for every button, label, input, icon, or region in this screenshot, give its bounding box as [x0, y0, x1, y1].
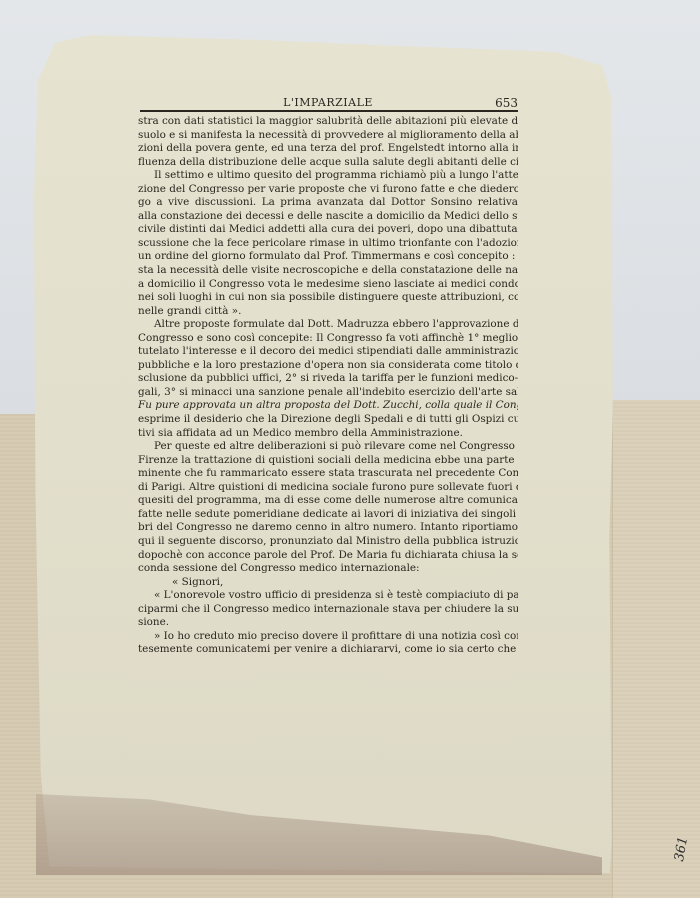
- text-line: ciparmi che il Congresso medico internaz…: [138, 603, 518, 617]
- text-line: Il settimo e ultimo quesito del programm…: [138, 169, 518, 183]
- text-line: tesemente comunicatemi per venire a dich…: [138, 643, 518, 657]
- text-line: Congresso e sono così concepite: Il Cong…: [138, 332, 518, 346]
- text-line: tivi sia affidata ad un Medico membro de…: [138, 427, 518, 441]
- text-line: Per queste ed altre deliberazioni si può…: [138, 440, 518, 454]
- text-line: fluenza della distribuzione delle acque …: [138, 156, 518, 170]
- text-line: tutelato l'interesse e il decoro dei med…: [138, 345, 518, 359]
- text-line: gali, 3° si minacci una sanzione penale …: [138, 386, 518, 400]
- text-line: « L'onorevole vostro ufficio di presiden…: [138, 589, 518, 603]
- text-line: scussione che la fece pericolare rimase …: [138, 237, 518, 251]
- text-line: zione del Congresso per varie proposte c…: [138, 183, 518, 197]
- text-line: nei soli luoghi in cui non sia possibile…: [138, 291, 518, 305]
- text-line: minente che fu rammaricato essere stata …: [138, 467, 518, 481]
- text-line: quesiti del programma, ma di esse come d…: [138, 494, 518, 508]
- text-line: conda sessione del Congresso medico inte…: [138, 562, 518, 576]
- text-line: pubbliche e la loro prestazione d'opera …: [138, 359, 518, 373]
- text-line: dopochè con acconce parole del Prof. De …: [138, 549, 518, 563]
- header-rule: [140, 110, 518, 112]
- text-line: bri del Congresso ne daremo cenno in alt…: [138, 521, 518, 535]
- page-number: 653: [495, 96, 518, 110]
- text-line: Altre proposte formulate dal Dott. Madru…: [138, 318, 518, 332]
- cardboard-edge: [612, 400, 700, 898]
- text-line: sclusione da pubblici uffici, 2° si rive…: [138, 372, 518, 386]
- running-head: L'IMPARZIALE: [138, 96, 518, 109]
- text-line: civile distinti dai Medici addetti alla …: [138, 223, 518, 237]
- text-line: « Signori,: [138, 576, 518, 590]
- text-line: suolo e si manifesta la necessità di pro…: [138, 129, 518, 143]
- text-line: Fu pure approvata un altra proposta del …: [138, 399, 518, 413]
- text-line: sta la necessità delle visite necroscopi…: [138, 264, 518, 278]
- text-line: stra con dati statistici la maggior salu…: [138, 115, 518, 129]
- text-line: zioni della povera gente, ed una terza d…: [138, 142, 518, 156]
- text-line: » Io ho creduto mio preciso dovere il pr…: [138, 630, 518, 644]
- text-line: go a vive discussioni. La prima avanzata…: [138, 196, 518, 210]
- text-line: nelle grandi città ».: [138, 305, 518, 319]
- text-line: esprime il desiderio che la Direzione de…: [138, 413, 518, 427]
- text-line: sione.: [138, 616, 518, 630]
- text-line: di Parigi. Altre quistioni di medicina s…: [138, 481, 518, 495]
- text-line: alla constazione dei decessi e delle nas…: [138, 210, 518, 224]
- text-line: qui il seguente discorso, pronunziato da…: [138, 535, 518, 549]
- text-line: un ordine del giorno formulato dal Prof.…: [138, 250, 518, 264]
- text-line: Firenze la trattazione di quistioni soci…: [138, 454, 518, 468]
- body-text: stra con dati statistici la maggior salu…: [138, 115, 518, 657]
- text-line: a domicilio il Congresso vota le medesim…: [138, 278, 518, 292]
- text-line: fatte nelle sedute pomeridiane dedicate …: [138, 508, 518, 522]
